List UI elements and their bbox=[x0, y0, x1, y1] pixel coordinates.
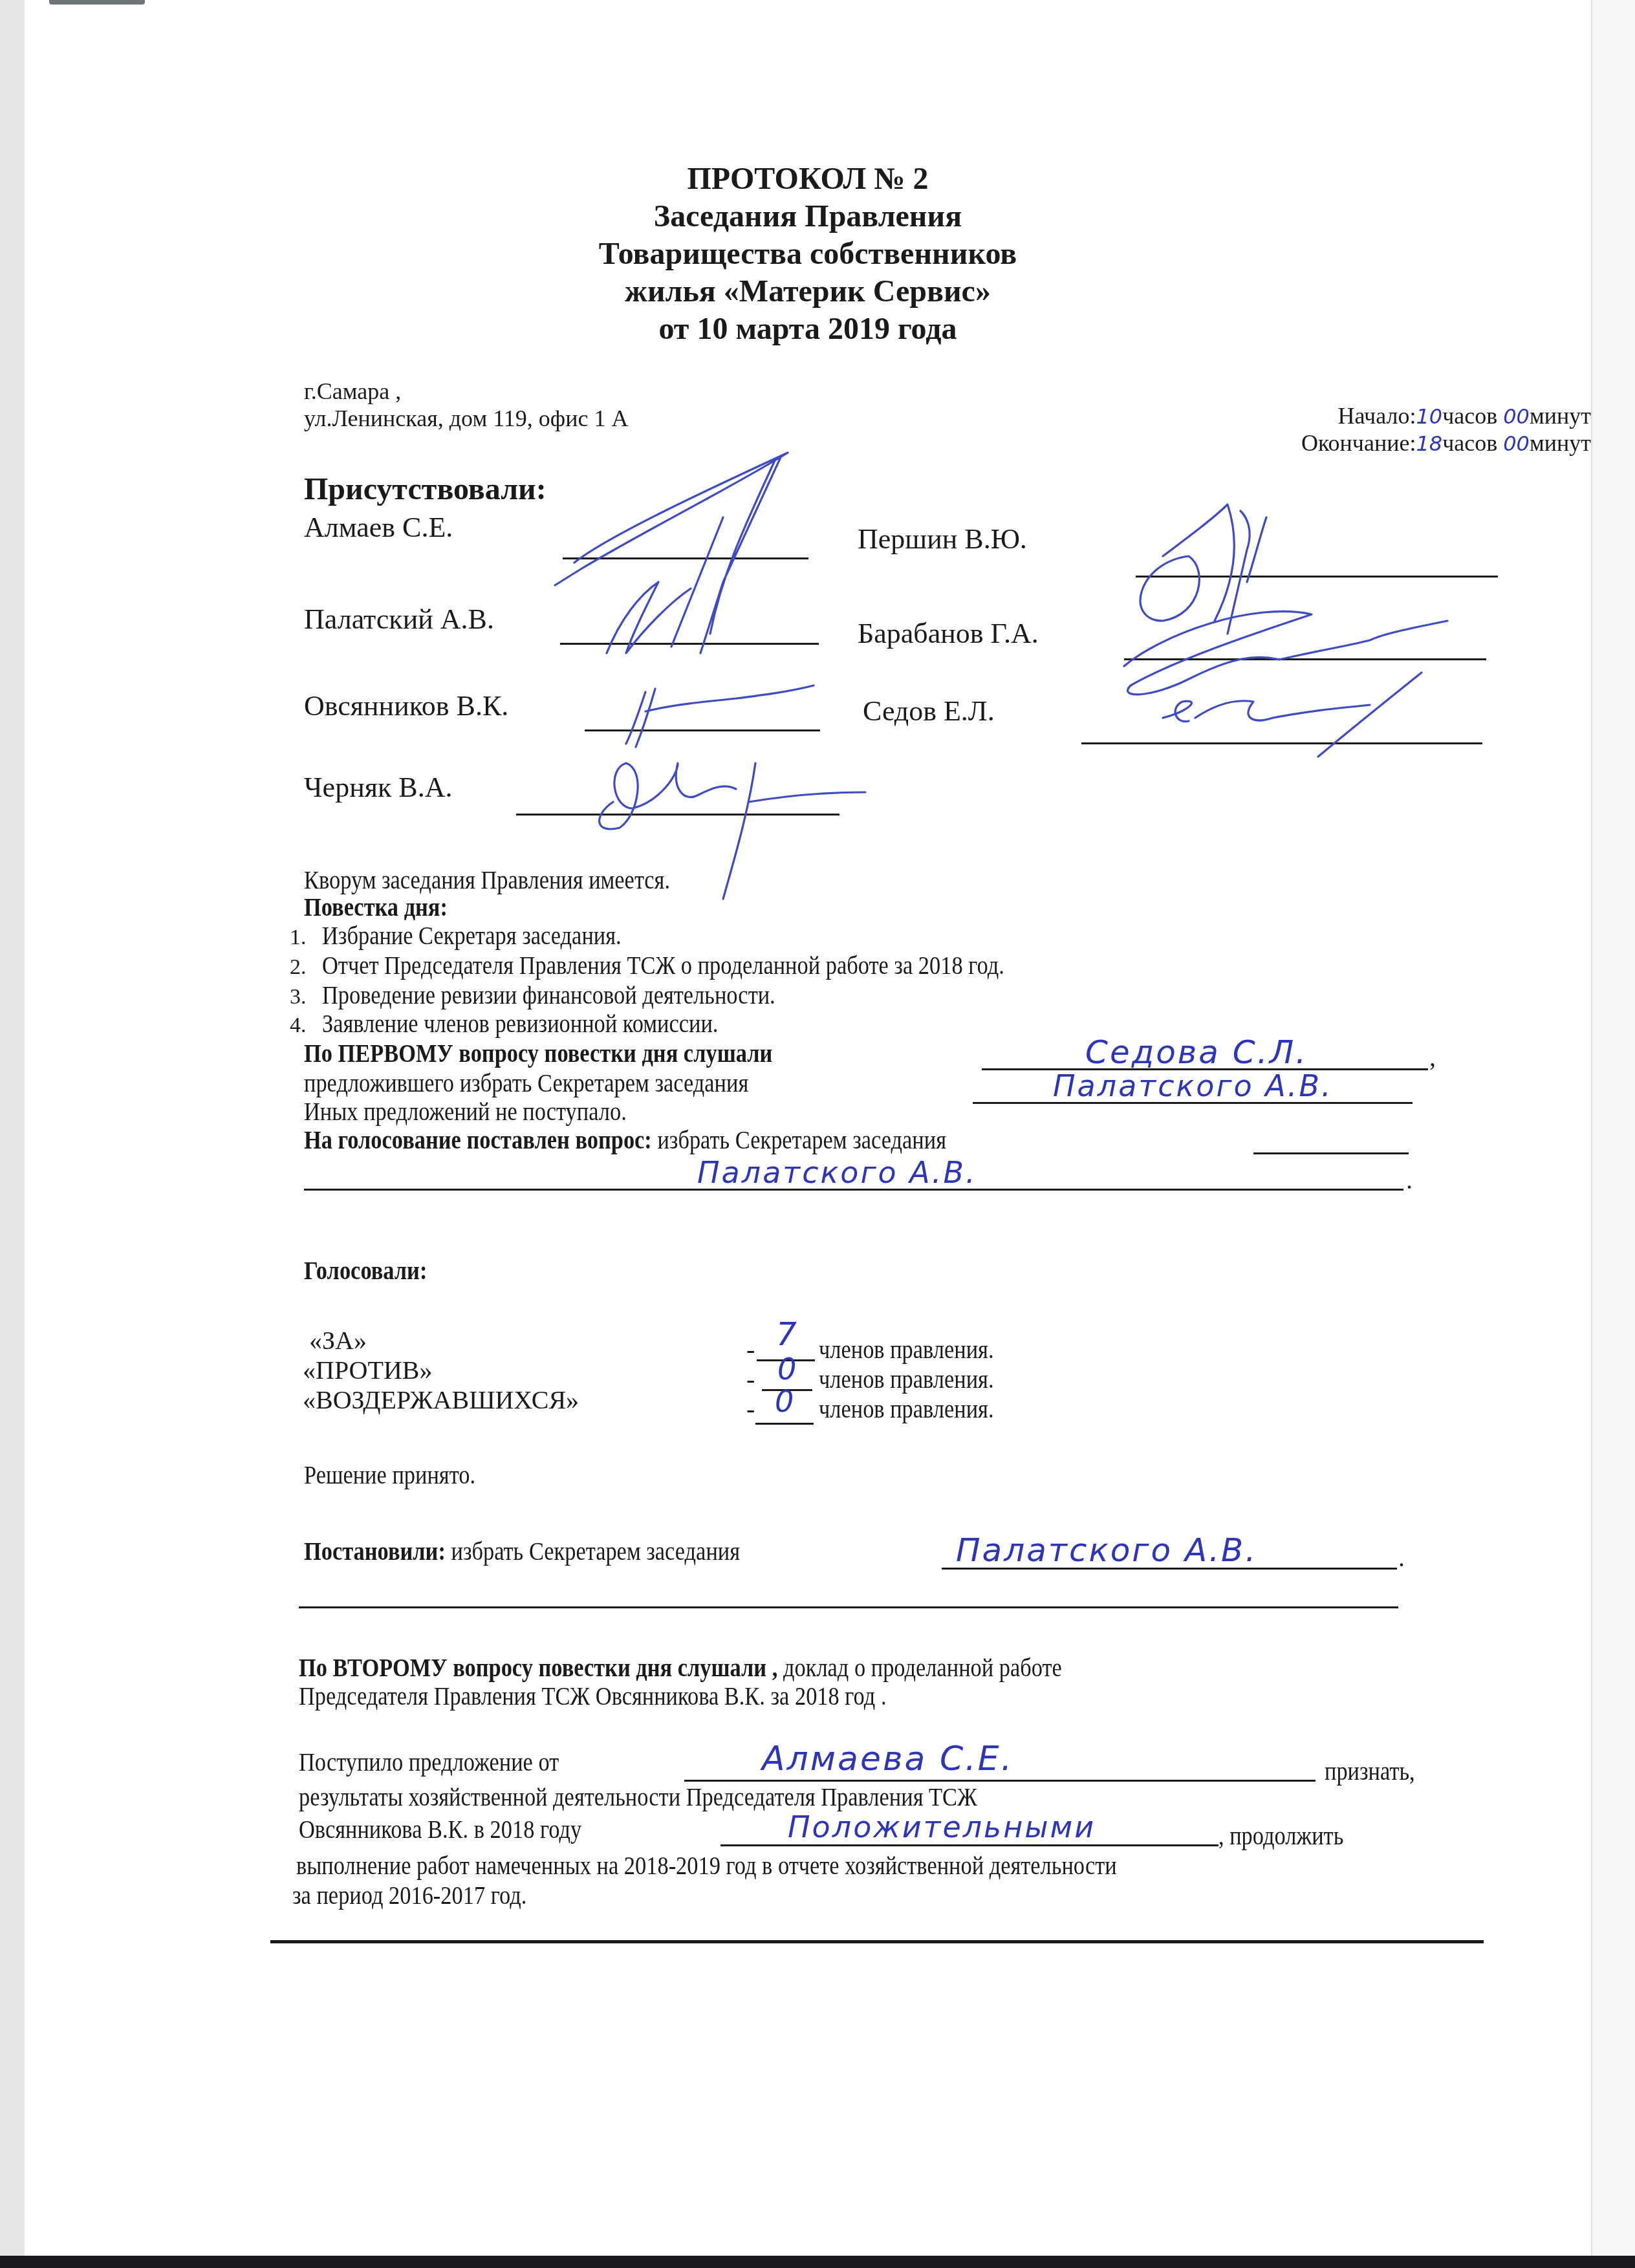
signature-ovsyannikov bbox=[626, 686, 814, 747]
agenda-item-num: 3. bbox=[290, 982, 322, 1012]
q1-vote-suffix: . bbox=[1406, 1165, 1413, 1195]
q1-resolved-line-b bbox=[299, 1606, 1398, 1608]
agenda-item: 1.Избрание Секретаря заседания. bbox=[290, 921, 670, 953]
q1-heard-suffix: , bbox=[1429, 1042, 1436, 1072]
q2-line3-field bbox=[720, 1844, 1218, 1846]
q2-line3-prefix: Овсянникова В.К. в 2018 году bbox=[299, 1815, 627, 1844]
q2-line5: за период 2016-2017 год. bbox=[292, 1881, 565, 1910]
vote-dash: - bbox=[746, 1365, 755, 1394]
voted-heading: Голосовали: bbox=[304, 1256, 447, 1286]
agenda-item: 4.Заявление членов ревизионной комиссии. bbox=[290, 1009, 783, 1041]
scan-edge-right bbox=[1591, 0, 1635, 2268]
vote-unit: членов правления. bbox=[819, 1365, 1023, 1394]
vote-unit: членов правления. bbox=[819, 1394, 1023, 1424]
agenda-item-text: Отчет Председателя Правления ТСЖ о проде… bbox=[322, 951, 1004, 980]
vote-count-abstain: 0 bbox=[775, 1384, 796, 1419]
q1-vote-name: Палатского А.В. bbox=[697, 1155, 977, 1190]
q2-heard-line2: Председателя Правления ТСЖ Овсянникова В… bbox=[299, 1681, 982, 1711]
q1-heard-name: Седова С.Л. bbox=[1085, 1033, 1308, 1071]
page-bottom-rule bbox=[270, 1940, 1484, 1943]
agenda-item: 2.Отчет Председателя Правления ТСЖ о про… bbox=[290, 951, 1115, 982]
signature-sedov bbox=[1163, 673, 1422, 757]
q2-line4: выполнение работ намеченных на 2018-2019… bbox=[296, 1851, 1250, 1881]
agenda-item-num: 1. bbox=[290, 923, 322, 953]
q2-proposal-line bbox=[684, 1780, 1316, 1782]
vote-dash: - bbox=[746, 1394, 755, 1424]
agenda-heading: Повестка дня: bbox=[304, 892, 471, 922]
q1-resolved-suffix: . bbox=[1398, 1543, 1405, 1573]
vote-dash: - bbox=[746, 1335, 755, 1365]
decision-text: Решение принято. bbox=[304, 1460, 503, 1490]
quorum-text: Кворум заседания Правления имеется. bbox=[304, 865, 730, 895]
agenda-item: 3.Проведение ревизии финансовой деятельн… bbox=[290, 980, 849, 1012]
agenda-item-num: 4. bbox=[290, 1011, 322, 1041]
vote-label-against: «ПРОТИВ» bbox=[303, 1355, 433, 1385]
q1-resolved-name: Палатского А.В. bbox=[956, 1531, 1257, 1569]
vote-label-for: «ЗА» bbox=[309, 1326, 367, 1355]
q1-no-other: Иных предложений не поступало. bbox=[304, 1097, 679, 1127]
agenda-item-num: 2. bbox=[290, 953, 322, 982]
q2-line3-suffix: , продолжить bbox=[1218, 1821, 1364, 1851]
vote-count-against: 0 bbox=[777, 1352, 798, 1387]
q1-vote-question: На голосование поставлен вопрос: избрать… bbox=[304, 1125, 1051, 1155]
q1-heard-label: По ПЕРВОМУ вопросу повестки дня слушали bbox=[304, 1039, 849, 1068]
q2-line2: результаты хозяйственной деятельности Пр… bbox=[299, 1782, 1088, 1812]
vote-count-line bbox=[755, 1423, 814, 1425]
q1-proposed-name: Палатского А.В. bbox=[1053, 1068, 1333, 1103]
signature-barabanov bbox=[1124, 611, 1447, 694]
q1-vote-line-a bbox=[1253, 1152, 1409, 1154]
scan-edge-left bbox=[0, 0, 25, 2268]
q1-proposed-label: предложившего избрать Секретарем заседан… bbox=[304, 1068, 821, 1098]
agenda-item-text: Избрание Секретаря заседания. bbox=[322, 921, 622, 951]
agenda-item-text: Заявление членов ревизионной комиссии. bbox=[322, 1009, 718, 1039]
vote-label-abstain: «ВОЗДЕРЖАВШИХСЯ» bbox=[303, 1385, 579, 1415]
q2-proposal-suffix: признать, bbox=[1325, 1756, 1429, 1786]
q1-resolved: Постановили: избрать Секретарем заседани… bbox=[304, 1537, 811, 1566]
q2-line3-value: Положительными bbox=[788, 1809, 1096, 1844]
q2-heard: По ВТОРОМУ вопросу повестки дня слушали … bbox=[299, 1653, 1599, 1683]
document-page: ПРОТОКОЛ № 2 Заседания Правления Товарищ… bbox=[25, 0, 1591, 2256]
signature-palatsky bbox=[607, 517, 723, 653]
agenda-item-text: Проведение ревизии финансовой деятельнос… bbox=[322, 980, 775, 1010]
q2-proposal-name: Алмаева С.Е. bbox=[762, 1740, 1013, 1778]
vote-unit: членов правления. bbox=[819, 1335, 1023, 1365]
q2-proposal-prefix: Поступило предложение от bbox=[299, 1747, 601, 1777]
vote-count-for: 7 bbox=[776, 1315, 799, 1353]
scan-edge-bottom bbox=[0, 2256, 1635, 2268]
signature-almaev bbox=[555, 453, 788, 653]
